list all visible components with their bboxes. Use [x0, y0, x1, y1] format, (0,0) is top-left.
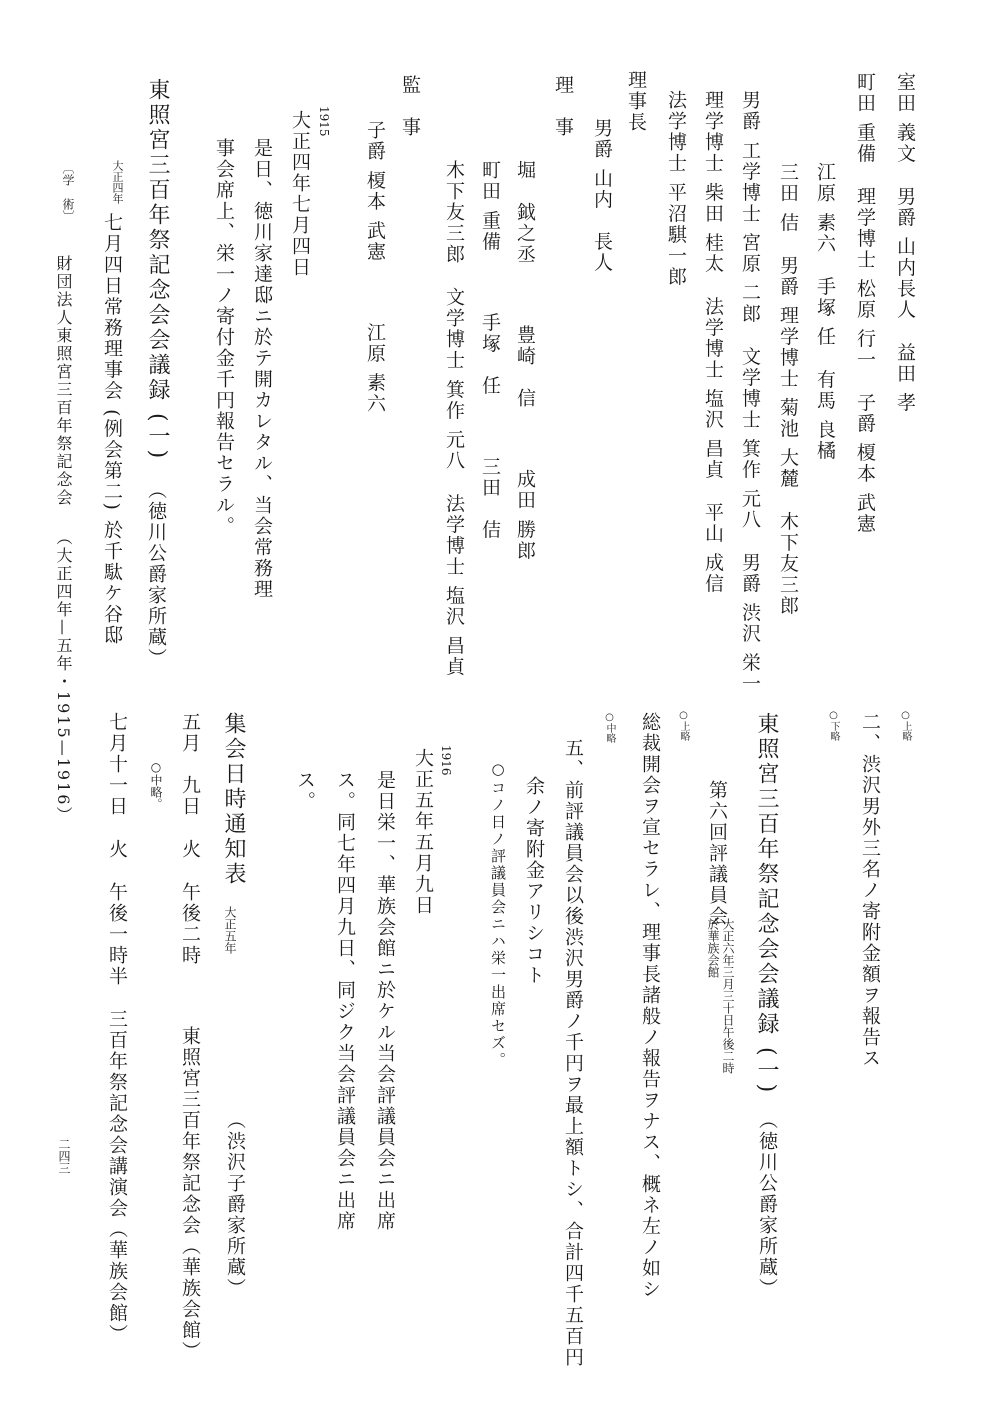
item-5-line-2: 余ノ寄附金アリシコト: [524, 776, 543, 986]
director-name: 豊崎 信: [514, 325, 536, 409]
year-1915: 1915: [318, 106, 330, 137]
member-name: 男爵 渋沢 栄一: [739, 552, 761, 694]
schedule-event: 東照宮三百年祭記念会: [179, 1026, 201, 1236]
member-name: 法学博士 塩沢 昌貞: [702, 296, 724, 480]
member-name: 益田 孝: [894, 342, 916, 413]
member-name: 平山 成信: [702, 502, 724, 594]
running-head-section: 〔学 術〕: [62, 162, 74, 222]
member-col-5: 男爵 工学博士 宮原 二郎文学博士 箕作 元八男爵 渋沢 栄一: [740, 90, 759, 694]
director-name: 堀 鉞之丞: [514, 160, 536, 265]
omit-bottom: ○下略: [828, 710, 838, 741]
entry-1916-line-2: ス。同七年四月九日、同ジク当会評議員会ニ出席: [335, 770, 354, 1232]
schedule-weekday: 火: [106, 839, 128, 860]
member-col-2: 町田 重備理学博士 松原 行一子爵 榎本 武憲: [855, 72, 874, 534]
director-col-3: 木下友三郎文学博士 箕作 元八法学博士 塩沢 昌貞: [444, 160, 463, 677]
entry-1915-line-1: 是日、徳川家達邸ニ於テ開カレタル、当会常務理: [252, 138, 271, 600]
member-name: 町田 重備: [854, 72, 876, 164]
omit-middle: ○中略: [604, 712, 614, 743]
doc-1-title: 東照宮三百年祭記念会会議録 (一): [146, 78, 168, 461]
director-col-2: 町田 重備手塚 任三田 佶: [480, 160, 499, 540]
member-name: 子爵 榎本 武憲: [854, 392, 876, 534]
doc-3-source: （渋沢子爵家所蔵）: [225, 1110, 244, 1299]
running-head-title: 財団法人東照宮三百年祭記念会（大正四年—五年・1915—1916）: [55, 255, 71, 824]
auditors-names: 子爵 榎本 武憲江原 素六: [365, 120, 384, 414]
date-1915: 大正四年七月四日: [290, 110, 309, 278]
doc-1-source: （徳川公爵家所蔵）: [146, 480, 165, 669]
schedule-date: 七月十一日: [106, 712, 128, 817]
member-name: 文学博士 箕作 元八: [739, 346, 761, 530]
member-name: 男爵 工学博士 宮原 二郎: [739, 90, 761, 324]
member-name: 手塚 任: [814, 276, 836, 347]
entry-1916-line-3: ス。: [295, 770, 314, 812]
auditors-label: 監 事: [400, 75, 419, 138]
schedule-place: （華族会館）: [106, 1219, 128, 1345]
member-name: 江原 素六: [814, 162, 836, 254]
director-name: 成田 勝郎: [514, 469, 536, 561]
note-absence: ○コノ日ノ評議員会ニハ栄一出席セズ。: [490, 760, 505, 1069]
running-head-range: （大正四年—五年・1915—1916）: [54, 529, 73, 824]
member-name: 法学博士 平沼騏一郎: [665, 90, 687, 287]
director-name: 法学博士 塩沢 昌貞: [443, 493, 465, 677]
item-5-line-1: 五、前評議員会以後渋沢男爵ノ千円ヲ最上額トシ、合計四千五百円: [563, 738, 582, 1368]
member-name: 男爵 山内長人: [894, 186, 916, 320]
omit-top-2: ○上略: [678, 710, 688, 741]
chairman-name: 男爵 山内 長人: [592, 118, 611, 273]
member-name: 室田 義文: [894, 72, 916, 164]
date-1916: 大正五年五月九日: [413, 748, 432, 916]
director-name: 文学博士 箕作 元八: [443, 287, 465, 471]
doc-3-title-date: 大正五年: [224, 906, 236, 954]
schedule-row-1: 五月 九日火午後二時東照宮三百年祭記念会（華族会館）: [180, 712, 199, 1362]
page-number: 二四三: [58, 1138, 70, 1174]
director-name: 町田 重備: [479, 160, 501, 252]
meeting-era-note: 大正四年: [111, 160, 123, 204]
doc-2-meeting-place: 於華族会館: [707, 918, 719, 978]
director-name: 木下友三郎: [443, 160, 465, 265]
directors-label: 理 事: [553, 75, 572, 138]
schedule-date: 五月 九日: [179, 712, 201, 817]
member-col-4: 三田 佶男爵 理学博士 菊池 大麓木下友三郎: [778, 162, 797, 616]
doc-2-meeting-date: 大正六年三月三十日午後二時: [722, 918, 734, 1074]
chairman-label: 理事長: [626, 70, 645, 133]
director-name: 手塚 任: [479, 312, 501, 396]
auditor-name: 江原 素六: [364, 322, 386, 414]
entry-1916-line-1: 是日栄一、華族会館ニ於ケル当会評議員会ニ出席: [375, 770, 394, 1232]
year-1916: 1916: [440, 745, 452, 776]
member-col-3: 江原 素六手塚 任有馬 良橘: [815, 162, 834, 461]
schedule-weekday: 火: [179, 839, 201, 860]
schedule-place: （華族会館）: [179, 1236, 201, 1362]
schedule-event: 三百年祭記念会講演会: [106, 1009, 128, 1219]
member-col-6: 理学博士 柴田 桂太法学博士 塩沢 昌貞平山 成信: [703, 90, 722, 594]
opening-line: 総裁開会ヲ宣セラレ、理事長諸般ノ報告ヲナス、概ネ左ノ如シ: [640, 712, 659, 1300]
doc-3-title: 集会日時通知表: [222, 712, 244, 887]
member-name: 木下友三郎: [777, 511, 799, 616]
schedule-omit: ○中略。: [150, 760, 162, 810]
schedule-time: 午後二時: [179, 882, 201, 966]
doc-2-meeting: 第六回評議員会: [707, 780, 726, 927]
auditor-name: 子爵 榎本 武憲: [364, 120, 386, 262]
director-name: 三田 佶: [479, 456, 501, 540]
meeting-text: 七月四日常務理事会 (例会第二) 於千駄ケ谷邸: [101, 212, 123, 646]
entry-1915-line-2: 事会席上、栄一ノ寄付金千円報告セラル。: [214, 138, 233, 537]
running-head-title-text: 財団法人東照宮三百年祭記念会: [54, 255, 73, 507]
doc-2-title: 東照宮三百年祭記念会会議録 (一): [755, 712, 777, 1095]
item-2: 二、渋沢男外三名ノ寄附金額ヲ報告ス: [860, 712, 879, 1069]
schedule-row-2: 七月十一日火午後一時半三百年祭記念会講演会（華族会館）: [107, 712, 126, 1345]
member-name: 三田 佶: [777, 162, 799, 233]
member-name: 理学博士 柴田 桂太: [702, 90, 724, 274]
schedule-time: 午後一時半: [106, 882, 128, 987]
doc-1-meeting: 大正四年 七月四日常務理事会 (例会第二) 於千駄ケ谷邸: [102, 160, 123, 646]
director-col-1: 堀 鉞之丞豊崎 信成田 勝郎: [515, 160, 534, 561]
member-col-7: 法学博士 平沼騏一郎: [666, 90, 685, 287]
member-col-1: 室田 義文男爵 山内長人益田 孝: [895, 72, 914, 413]
doc-2-source: （徳川公爵家所蔵）: [757, 1110, 776, 1299]
member-name: 男爵 理学博士 菊池 大麓: [777, 255, 799, 489]
member-name: 有馬 良橘: [814, 369, 836, 461]
member-name: 理学博士 松原 行一: [854, 186, 876, 370]
omit-top: ○上略: [900, 710, 910, 741]
